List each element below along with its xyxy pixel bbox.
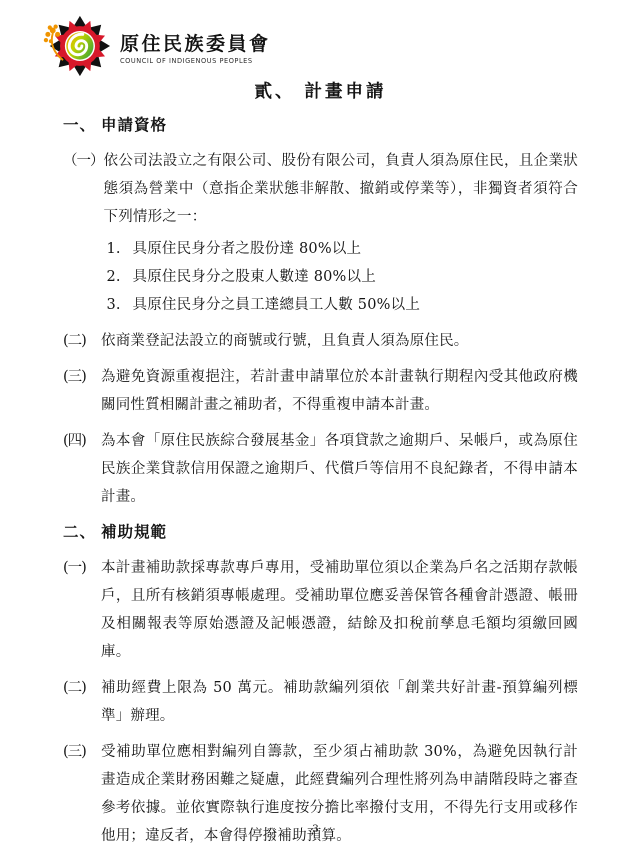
section-number: 一、 xyxy=(63,114,101,135)
item-label: (三) xyxy=(63,363,101,419)
item-label: (二) xyxy=(63,674,101,730)
org-name: 原住民族委員會 xyxy=(120,33,271,55)
item-body: 依公司法設立之有限公司、股份有限公司，負責人須為原住民，且企業狀態須為營業中（意… xyxy=(104,147,579,319)
item-body: 依商業登記法設立的商號或行號，且負責人須為原住民。 xyxy=(101,327,578,355)
sub-item-number: 1. xyxy=(104,235,133,263)
sub-item-text: 具原住民身分之股東人數達 80%以上 xyxy=(133,263,579,291)
list-item: （一）依公司法設立之有限公司、股份有限公司，負責人須為原住民，且企業狀態須為營業… xyxy=(63,147,578,319)
item-body: 為本會「原住民族綜合發展基金」各項貸款之逾期戶、呆帳戶，或為原住民族企業貸款信用… xyxy=(101,427,578,511)
page-title: 貳、 計畫申請 xyxy=(63,80,578,104)
document-header: 原住民族委員會 COUNCIL OF INDIGENOUS PEOPLES xyxy=(40,13,578,79)
org-identity: 原住民族委員會 COUNCIL OF INDIGENOUS PEOPLES xyxy=(120,27,271,65)
org-logo-icon xyxy=(40,13,114,79)
numbered-sublist: 1.具原住民身分者之股份達 80%以上2.具原住民身分之股東人數達 80%以上3… xyxy=(104,235,579,319)
section-heading: 一、申請資格 xyxy=(63,114,578,135)
item-text: 為避免資源重複挹注，若計畫申請單位於本計畫執行期程內受其他政府機關同性質相關計畫… xyxy=(101,363,578,419)
sub-list-item: 3.具原住民身分之員工達總員工人數 50%以上 xyxy=(104,291,579,319)
item-label: (一) xyxy=(63,554,101,666)
sub-item-number: 3. xyxy=(104,291,133,319)
document-page: 原住民族委員會 COUNCIL OF INDIGENOUS PEOPLES 貳、… xyxy=(0,0,631,849)
org-name-en: COUNCIL OF INDIGENOUS PEOPLES xyxy=(120,57,271,65)
section-number: 二、 xyxy=(63,521,101,542)
item-label: (二) xyxy=(63,327,101,355)
document-section: 一、申請資格（一）依公司法設立之有限公司、股份有限公司，負責人須為原住民，且企業… xyxy=(63,114,578,511)
sub-list-item: 1.具原住民身分者之股份達 80%以上 xyxy=(104,235,579,263)
list-item: (一)本計畫補助款採專款專戶專用，受補助單位須以企業為戶名之活期存款帳戶，且所有… xyxy=(63,554,578,666)
sub-item-text: 具原住民身分者之股份達 80%以上 xyxy=(133,235,579,263)
item-body: 本計畫補助款採專款專戶專用，受補助單位須以企業為戶名之活期存款帳戶，且所有核銷須… xyxy=(101,554,578,666)
item-text: 補助經費上限為 50 萬元。補助款編列須依「創業共好計畫-預算編列標準」辦理。 xyxy=(101,674,578,730)
item-label: (四) xyxy=(63,427,101,511)
section-heading-label: 補助規範 xyxy=(101,521,167,542)
page-number: 3 xyxy=(0,823,631,835)
document-section: 二、補助規範(一)本計畫補助款採專款專戶專用，受補助單位須以企業為戶名之活期存款… xyxy=(63,521,578,849)
section-heading: 二、補助規範 xyxy=(63,521,578,542)
item-body: 補助經費上限為 50 萬元。補助款編列須依「創業共好計畫-預算編列標準」辦理。 xyxy=(101,674,578,730)
sub-item-number: 2. xyxy=(104,263,133,291)
list-item: (三)為避免資源重複挹注，若計畫申請單位於本計畫執行期程內受其他政府機關同性質相… xyxy=(63,363,578,419)
section-heading-label: 申請資格 xyxy=(101,114,167,135)
item-text: 本計畫補助款採專款專戶專用，受補助單位須以企業為戶名之活期存款帳戶，且所有核銷須… xyxy=(101,554,578,666)
list-item: (二)補助經費上限為 50 萬元。補助款編列須依「創業共好計畫-預算編列標準」辦… xyxy=(63,674,578,730)
sub-item-text: 具原住民身分之員工達總員工人數 50%以上 xyxy=(133,291,579,319)
list-item: (四)為本會「原住民族綜合發展基金」各項貸款之逾期戶、呆帳戶，或為原住民族企業貸… xyxy=(63,427,578,511)
item-label: （一） xyxy=(63,147,104,319)
item-text: 依商業登記法設立的商號或行號，且負責人須為原住民。 xyxy=(101,327,578,355)
sub-list-item: 2.具原住民身分之股東人數達 80%以上 xyxy=(104,263,579,291)
item-text: 為本會「原住民族綜合發展基金」各項貸款之逾期戶、呆帳戶，或為原住民族企業貸款信用… xyxy=(101,427,578,511)
document-body: 一、申請資格（一）依公司法設立之有限公司、股份有限公司，負責人須為原住民，且企業… xyxy=(63,114,578,849)
item-body: 為避免資源重複挹注，若計畫申請單位於本計畫執行期程內受其他政府機關同性質相關計畫… xyxy=(101,363,578,419)
item-text: 依公司法設立之有限公司、股份有限公司，負責人須為原住民，且企業狀態須為營業中（意… xyxy=(104,147,579,231)
list-item: (二)依商業登記法設立的商號或行號，且負責人須為原住民。 xyxy=(63,327,578,355)
